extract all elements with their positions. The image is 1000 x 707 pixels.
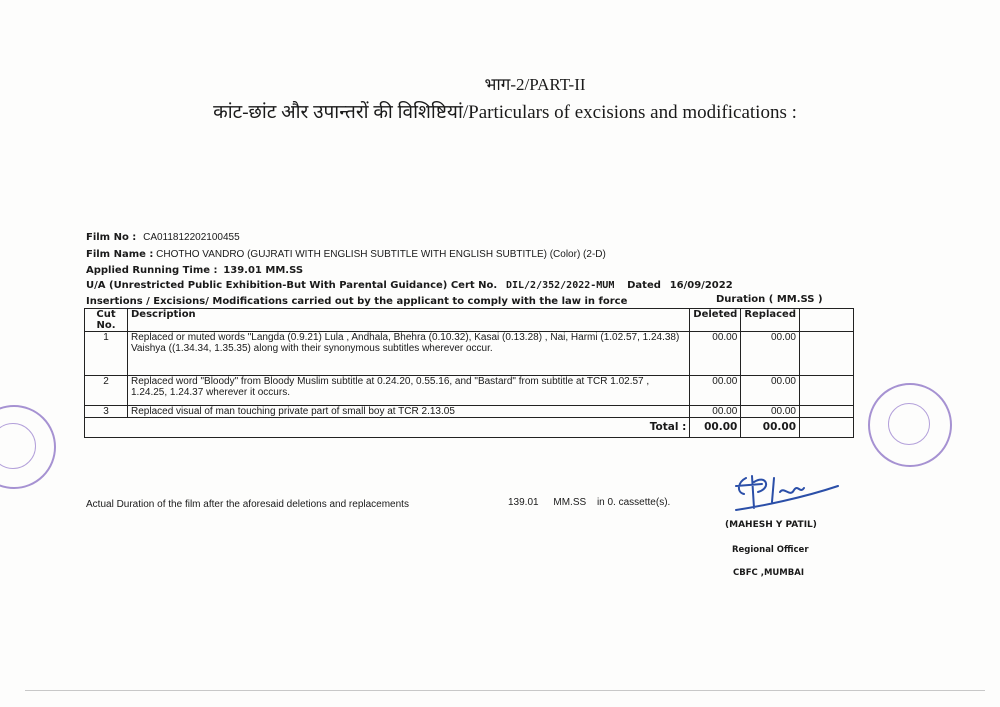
cut-description: Replaced word "Bloody" from Bloody Musli…	[128, 376, 690, 406]
signatory-office: CBFC ,MUMBAI	[733, 568, 804, 578]
film-no-row: Film No : CA011812202100455	[86, 232, 240, 243]
certificate-row: U/A (Unrestricted Public Exhibition-But …	[86, 280, 733, 291]
replaced-duration: 00.00	[741, 376, 800, 406]
deleted-duration: 00.00	[690, 376, 741, 406]
table-header-row: Cut No. Description Deleted Replaced	[85, 309, 854, 332]
blank-cell	[800, 406, 854, 418]
actual-duration-row: 139.01 MM.SS in 0. cassette(s).	[508, 497, 670, 508]
total-row: Total : 00.00 00.00	[85, 418, 854, 438]
deleted-duration: 00.00	[690, 332, 741, 376]
official-seal-icon	[0, 405, 56, 489]
table-row: 3 Replaced visual of man touching privat…	[85, 406, 854, 418]
table-row: 2 Replaced word "Bloody" from Bloody Mus…	[85, 376, 854, 406]
cut-no: 3	[85, 406, 128, 418]
cut-no: 1	[85, 332, 128, 376]
cut-description: Replaced or muted words "Langda (0.9.21)…	[128, 332, 690, 376]
actual-duration-label: Actual Duration of the film after the af…	[86, 499, 409, 510]
actual-duration-unit: MM.SS	[553, 497, 586, 508]
table-row: 1 Replaced or muted words "Langda (0.9.2…	[85, 332, 854, 376]
film-name-row: Film Name : CHOTHO VANDRO (GUJRATI WITH …	[86, 249, 606, 260]
running-time-row: Applied Running Time : 139.01 MM.SS	[86, 265, 303, 276]
part-heading: भाग-2/PART-II	[0, 72, 1000, 95]
total-replaced: 00.00	[741, 418, 800, 438]
dated-label: Dated	[627, 280, 661, 291]
cut-no: 2	[85, 376, 128, 406]
running-time-label: Applied Running Time :	[86, 265, 218, 276]
deleted-duration: 00.00	[690, 406, 741, 418]
header-deleted: Deleted	[690, 309, 741, 332]
table-caption: Insertions / Excisions/ Modifications ca…	[86, 296, 627, 307]
actual-duration-value: 139.01	[508, 497, 539, 508]
blank-cell	[800, 376, 854, 406]
cut-description: Replaced visual of man touching private …	[128, 406, 690, 418]
film-name-value: CHOTHO VANDRO (GUJRATI WITH ENGLISH SUBT…	[156, 249, 606, 260]
header-description: Description	[128, 309, 690, 332]
blank-cell	[800, 332, 854, 376]
official-seal-icon	[868, 383, 952, 467]
cassette-count: in 0. cassette(s).	[597, 497, 670, 508]
page-title: कांट-छांट और उपान्तरों की विशिष्टियां/Pa…	[0, 98, 1000, 124]
signatory-designation: Regional Officer	[732, 545, 809, 555]
film-no-value: CA011812202100455	[143, 232, 240, 243]
film-name-label: Film Name :	[86, 249, 153, 260]
film-no-label: Film No :	[86, 232, 136, 243]
header-cut-no: Cut No.	[85, 309, 128, 332]
duration-label: Duration ( MM.SS )	[716, 294, 823, 305]
total-label: Total :	[85, 418, 690, 438]
replaced-duration: 00.00	[741, 406, 800, 418]
total-deleted: 00.00	[690, 418, 741, 438]
signature-icon	[732, 468, 842, 518]
footer-divider	[25, 690, 985, 691]
signatory-name: (MAHESH Y PATIL)	[725, 520, 817, 530]
certificate-number: DIL/2/352/2022-MUM	[506, 280, 614, 291]
blank-cell	[800, 418, 854, 438]
excisions-table: Cut No. Description Deleted Replaced 1 R…	[84, 308, 854, 438]
running-time-value: 139.01 MM.SS	[223, 265, 303, 276]
replaced-duration: 00.00	[741, 332, 800, 376]
certificate-label: U/A (Unrestricted Public Exhibition-But …	[86, 280, 497, 291]
header-blank	[800, 309, 854, 332]
header-replaced: Replaced	[741, 309, 800, 332]
dated-value: 16/09/2022	[670, 280, 733, 291]
